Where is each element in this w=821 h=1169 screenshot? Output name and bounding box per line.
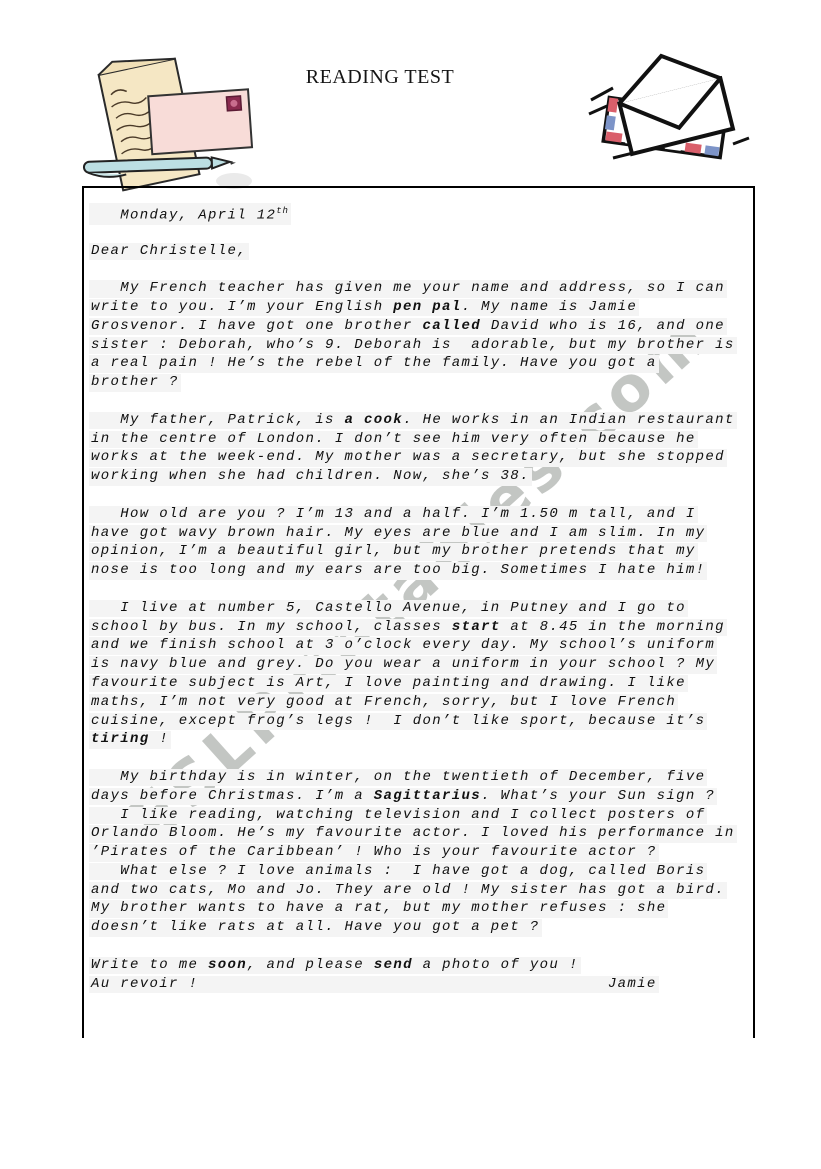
letter-line-text: doesn’t like rats at all. Have you got a… [89, 919, 542, 937]
letter-line: I like reading, watching television and … [89, 805, 753, 824]
letter-line: works at the week-end. My mother was a s… [89, 447, 753, 466]
letter-line-text: Write to me soon, and please send a phot… [89, 957, 581, 975]
letter-line: have got wavy brown hair. My eyes are bl… [89, 523, 753, 542]
letter-line-text: a real pain ! He’s the rebel of the fami… [89, 355, 659, 373]
letter-line: favourite subject is Art, I love paintin… [89, 673, 753, 692]
letter-line: brother ? [89, 372, 753, 391]
letter-line-text: My birthday is in winter, on the twentie… [89, 769, 707, 787]
letter-line-text: opinion, I’m a beautiful girl, but my br… [89, 543, 698, 561]
letter-line: opinion, I’m a beautiful girl, but my br… [89, 541, 753, 560]
letter-line-text: I live at number 5, Castello Avenue, in … [89, 600, 688, 618]
letter-line-text: My French teacher has given me your name… [89, 280, 727, 298]
letter-line-text: cuisine, except frog’s legs ! I don’t li… [89, 713, 707, 731]
letter-line-text: works at the week-end. My mother was a s… [89, 449, 727, 467]
letter-line: What else ? I love animals : I have got … [89, 861, 753, 880]
letter-blank-line [89, 259, 753, 278]
letter-line-text: working when she had children. Now, she’… [89, 468, 532, 486]
letter-box: Monday, April 12thDear Christelle, My Fr… [82, 186, 755, 1038]
letter-line: Grosvenor. I have got one brother called… [89, 316, 753, 335]
letter-line: is navy blue and grey. Do you wear a uni… [89, 654, 753, 673]
letter-line-text: ’Pirates of the Caribbean’ ! Who is your… [89, 844, 659, 862]
letter-line-text: is navy blue and grey. Do you wear a uni… [89, 656, 717, 674]
letter-line: and two cats, Mo and Jo. They are old ! … [89, 880, 753, 899]
letter-line: days before Christmas. I’m a Sagittarius… [89, 786, 753, 805]
letter-line: ’Pirates of the Caribbean’ ! Who is your… [89, 842, 753, 861]
letter-line-text: Dear Christelle, [89, 243, 249, 261]
letter-line: doesn’t like rats at all. Have you got a… [89, 917, 753, 936]
page: READING TEST [0, 0, 821, 1169]
letter-line-text: My brother wants to have a rat, but my m… [89, 900, 668, 918]
letter-line: I live at number 5, Castello Avenue, in … [89, 598, 753, 617]
letter-line: My father, Patrick, is a cook. He works … [89, 410, 753, 429]
letter-line-text: and two cats, Mo and Jo. They are old ! … [89, 882, 727, 900]
letter-with-pen-clipart [82, 55, 257, 200]
letter-line-text: school by bus. In my school, classes sta… [89, 619, 727, 637]
letter-line: Write to me soon, and please send a phot… [89, 955, 753, 974]
letter-line-text: favourite subject is Art, I love paintin… [89, 675, 688, 693]
letter-line-text: tiring ! [89, 731, 171, 749]
letter-line-text: My father, Patrick, is a cook. He works … [89, 412, 737, 430]
letter-line-text: maths, I’m not very good at French, sorr… [89, 694, 678, 712]
letter-line-text: write to you. I’m your English pen pal. … [89, 299, 639, 317]
letter-line-text: What else ? I love animals : I have got … [89, 863, 707, 881]
letter-line: Au revoir ! Jamie [89, 974, 753, 993]
letter-line: Dear Christelle, [89, 241, 753, 260]
letter-line-text: sister : Deborah, who’s 9. Deborah is ad… [89, 337, 737, 355]
letter-line-text: Orlando Bloom. He’s my favourite actor. … [89, 825, 737, 843]
letter-line: tiring ! [89, 729, 753, 748]
letter-line-text: days before Christmas. I’m a Sagittarius… [89, 788, 717, 806]
letter-line: working when she had children. Now, she’… [89, 466, 753, 485]
letter-line: Orlando Bloom. He’s my favourite actor. … [89, 823, 753, 842]
letter-line: in the centre of London. I don’t see him… [89, 429, 753, 448]
letter-blank-line [89, 391, 753, 410]
letter-line: nose is too long and my ears are too big… [89, 560, 753, 579]
letter-line: How old are you ? I’m 13 and a half. I’m… [89, 504, 753, 523]
letter-line: My French teacher has given me your name… [89, 278, 753, 297]
letter-line: and we finish school at 3 o’clock every … [89, 635, 753, 654]
letter-line: My birthday is in winter, on the twentie… [89, 767, 753, 786]
letter-line: My brother wants to have a rat, but my m… [89, 898, 753, 917]
letter-line-text: How old are you ? I’m 13 and a half. I’m… [89, 506, 698, 524]
letter-line: a real pain ! He’s the rebel of the fami… [89, 353, 753, 372]
letter-line: write to you. I’m your English pen pal. … [89, 297, 753, 316]
letter-blank-line [89, 748, 753, 767]
letter-blank-line [89, 936, 753, 955]
letter-line: cuisine, except frog’s legs ! I don’t li… [89, 711, 753, 730]
letter-line-text: Monday, April 12th [89, 203, 291, 225]
letter-line: sister : Deborah, who’s 9. Deborah is ad… [89, 335, 753, 354]
letter-line-text: nose is too long and my ears are too big… [89, 562, 707, 580]
letter-line-text: Grosvenor. I have got one brother called… [89, 318, 727, 336]
letter-line-text: and we finish school at 3 o’clock every … [89, 637, 717, 655]
letter-line-text: brother ? [89, 374, 181, 392]
letter-line: school by bus. In my school, classes sta… [89, 617, 753, 636]
letter-line-text: in the centre of London. I don’t see him… [89, 431, 698, 449]
letter-blank-line [89, 579, 753, 598]
letter-line: Monday, April 12th [89, 203, 753, 222]
letter-line-text: Au revoir ! Jamie [89, 976, 659, 994]
letter-line-text: have got wavy brown hair. My eyes are bl… [89, 525, 707, 543]
letter-line-text: I like reading, watching television and … [89, 807, 707, 825]
envelopes-clipart [583, 48, 753, 183]
letter-blank-line [89, 485, 753, 504]
letter-line: maths, I’m not very good at French, sorr… [89, 692, 753, 711]
